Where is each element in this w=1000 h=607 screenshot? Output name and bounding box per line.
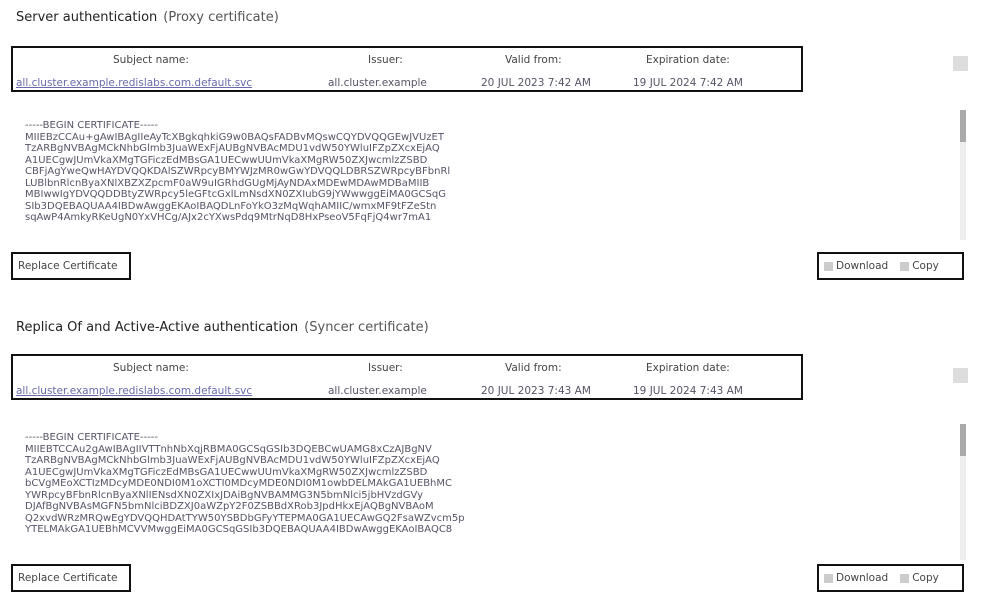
certificate-text: -----BEGIN CERTIFICATE----- MIIEBzCCAu+g…	[25, 120, 945, 244]
copy-icon[interactable]	[900, 262, 909, 271]
scrollbar-thumb[interactable]	[960, 424, 966, 456]
section-title-text: Replica Of and Active-Active authenticat…	[16, 320, 298, 335]
certificate-info-table: Subject name: Issuer: Valid from: Expira…	[11, 46, 803, 92]
download-copy-group: Download Copy	[817, 252, 964, 280]
header-valid-from: Valid from:	[505, 362, 562, 374]
issuer-value: all.cluster.example	[328, 77, 427, 89]
download-icon[interactable]	[824, 262, 833, 271]
expand-toggle[interactable]	[953, 368, 968, 383]
expiration-date-value: 19 JUL 2024 7:43 AM	[633, 385, 743, 397]
header-expiration-date: Expiration date:	[646, 54, 730, 66]
valid-from-value: 20 JUL 2023 7:42 AM	[481, 77, 591, 89]
header-issuer: Issuer:	[368, 362, 403, 374]
header-expiration-date: Expiration date:	[646, 362, 730, 374]
download-button[interactable]: Download	[836, 572, 888, 584]
header-subject-name: Subject name:	[113, 362, 189, 374]
replace-certificate-label: Replace Certificate	[18, 260, 117, 272]
valid-from-value: 20 JUL 2023 7:43 AM	[481, 385, 591, 397]
section-subtitle: (Proxy certificate)	[163, 10, 278, 25]
download-button[interactable]: Download	[836, 260, 888, 272]
replace-certificate-label: Replace Certificate	[18, 572, 117, 584]
replace-certificate-button[interactable]: Replace Certificate	[11, 564, 131, 592]
section-title-text: Server authentication	[16, 10, 157, 25]
section-subtitle: (Syncer certificate)	[304, 320, 429, 335]
issuer-value: all.cluster.example	[328, 385, 427, 397]
certificate-info-table: Subject name: Issuer: Valid from: Expira…	[11, 354, 803, 400]
section-title: Replica Of and Active-Active authenticat…	[16, 320, 429, 335]
expand-toggle[interactable]	[953, 56, 968, 71]
certificate-scrollbar[interactable]	[960, 110, 966, 240]
scrollbar-thumb[interactable]	[960, 110, 966, 142]
expiration-date-value: 19 JUL 2024 7:42 AM	[633, 77, 743, 89]
section-title: Server authentication(Proxy certificate)	[16, 10, 279, 25]
certificate-text: -----BEGIN CERTIFICATE----- MIIEBTCCAu2g…	[25, 432, 945, 556]
download-copy-group: Download Copy	[817, 564, 964, 592]
copy-button[interactable]: Copy	[912, 260, 939, 272]
copy-icon[interactable]	[900, 574, 909, 583]
header-issuer: Issuer:	[368, 54, 403, 66]
header-subject-name: Subject name:	[113, 54, 189, 66]
subject-name-value[interactable]: all.cluster.example.redislabs.com.defaul…	[16, 77, 252, 89]
header-valid-from: Valid from:	[505, 54, 562, 66]
copy-button[interactable]: Copy	[912, 572, 939, 584]
download-icon[interactable]	[824, 574, 833, 583]
subject-name-value[interactable]: all.cluster.example.redislabs.com.defaul…	[16, 385, 252, 397]
replace-certificate-button[interactable]: Replace Certificate	[11, 252, 131, 280]
certificate-scrollbar[interactable]	[960, 424, 966, 560]
